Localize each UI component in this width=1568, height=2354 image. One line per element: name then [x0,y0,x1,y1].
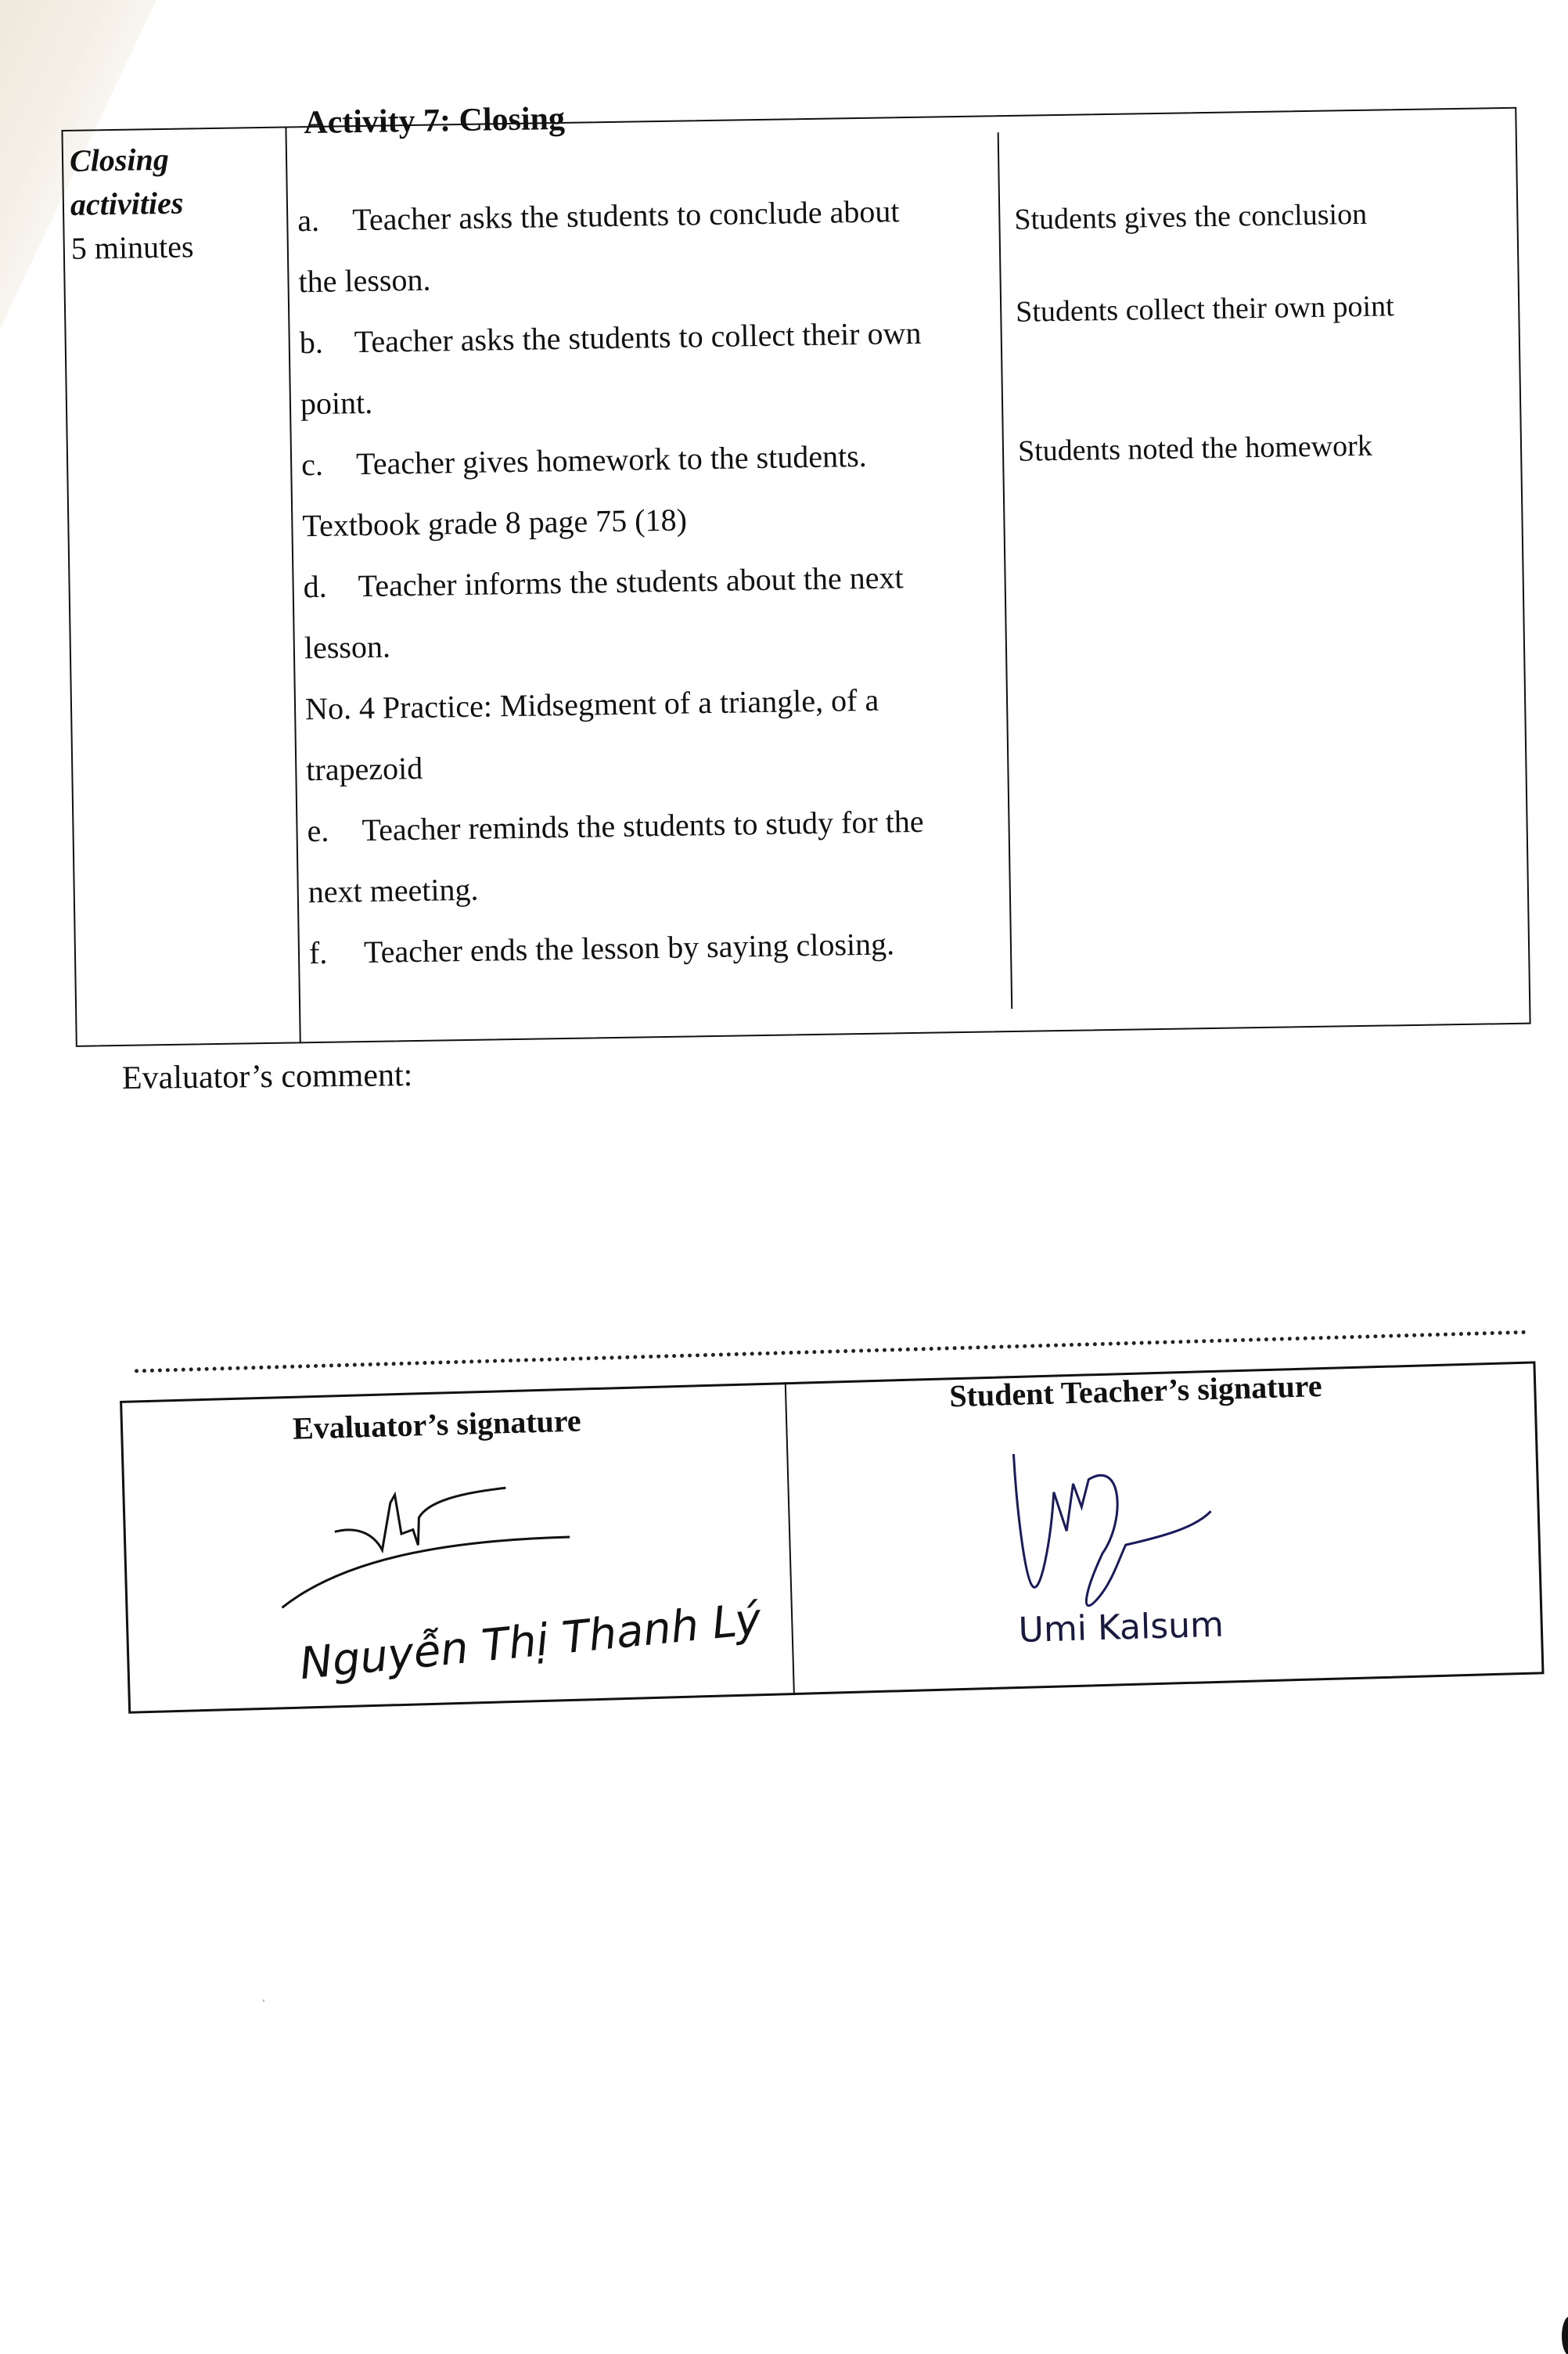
list-marker: f. [308,922,364,984]
teacher-activity-item: d.Teacher informs the students about the… [303,545,992,617]
teacher-activity-continuation: the lesson. [298,240,987,312]
teacher-activity-continuation: trapezoid [306,729,995,801]
student-activity: Students noted the homework [1018,429,1372,469]
stage-title: Closing [70,136,282,183]
teacher-activity-continuation: point. [300,362,989,434]
evaluator-comment-label: Evaluator’s comment: [122,1056,413,1097]
teacher-activity-text: No. 4 Practice: Midsegment of a triangle… [304,668,994,740]
student-activity: Students gives the conclusion [1014,197,1367,237]
evaluator-signature-scribble-icon [270,1450,602,1616]
student-activity: Students collect their own point [1016,289,1394,329]
list-marker: d. [303,556,358,617]
teacher-activity-text: lesson. [304,606,993,678]
list-marker: a. [297,189,353,251]
student-teacher-handwritten-name: Umi Kalsum [1018,1605,1225,1650]
teacher-activity-item: a.Teacher asks the students to conclude … [297,179,987,251]
teacher-activity-text: Teacher reminds the students to study fo… [361,790,996,861]
teacher-activity-text: Textbook grade 8 page 75 (18) [302,484,991,556]
stage-cell: Closing activities 5 minutes [70,136,283,271]
teacher-activities-list: a.Teacher asks the students to conclude … [297,179,998,984]
list-marker: b. [299,311,354,373]
teacher-activity-item: e.Teacher reminds the students to study … [307,790,996,862]
teacher-activity-continuation: lesson. [304,606,993,678]
signature-block: Evaluator’s signature Student Teacher’s … [117,1275,1545,1721]
paper-speck [263,1999,264,2002]
list-marker: e. [307,800,362,862]
teacher-activity-text: Teacher ends the lesson by saying closin… [363,912,998,983]
teacher-activity-text: next meeting. [307,851,997,923]
lesson-plan-table: Closing activities 5 minutes Activity 7:… [61,85,1531,1047]
teacher-activity-continuation: next meeting. [307,851,997,923]
teacher-activity-continuation: No. 4 Practice: Midsegment of a triangle… [304,668,994,740]
list-marker: c. [301,434,357,495]
teacher-activity-text: the lesson. [298,240,987,312]
teacher-activity-text: Teacher gives homework to the students. [356,423,991,495]
teacher-activity-text: Teacher asks the students to collect the… [354,301,988,373]
teacher-activity-text: trapezoid [306,729,995,801]
teacher-activity-text: point. [300,362,989,434]
edge-mark [1562,2316,1568,2354]
teacher-activity-text: Teacher informs the students about the n… [358,545,992,617]
stage-duration: 5 minutes [70,229,193,265]
student-teacher-signature-scribble-icon [1005,1438,1307,1619]
stage-subtitle: activities [70,180,282,227]
teacher-activity-text: Teacher asks the students to conclude ab… [352,179,987,250]
teacher-activity-item: f.Teacher ends the lesson by saying clos… [308,912,998,984]
teacher-activity-item: b.Teacher asks the students to collect t… [299,301,988,373]
document-page: Closing activities 5 minutes Activity 7:… [0,0,1568,2354]
teacher-activity-item: c.Teacher gives homework to the students… [301,423,991,495]
teacher-activity-continuation: Textbook grade 8 page 75 (18) [302,484,991,556]
activity-title: Activity 7: Closing [304,100,565,142]
